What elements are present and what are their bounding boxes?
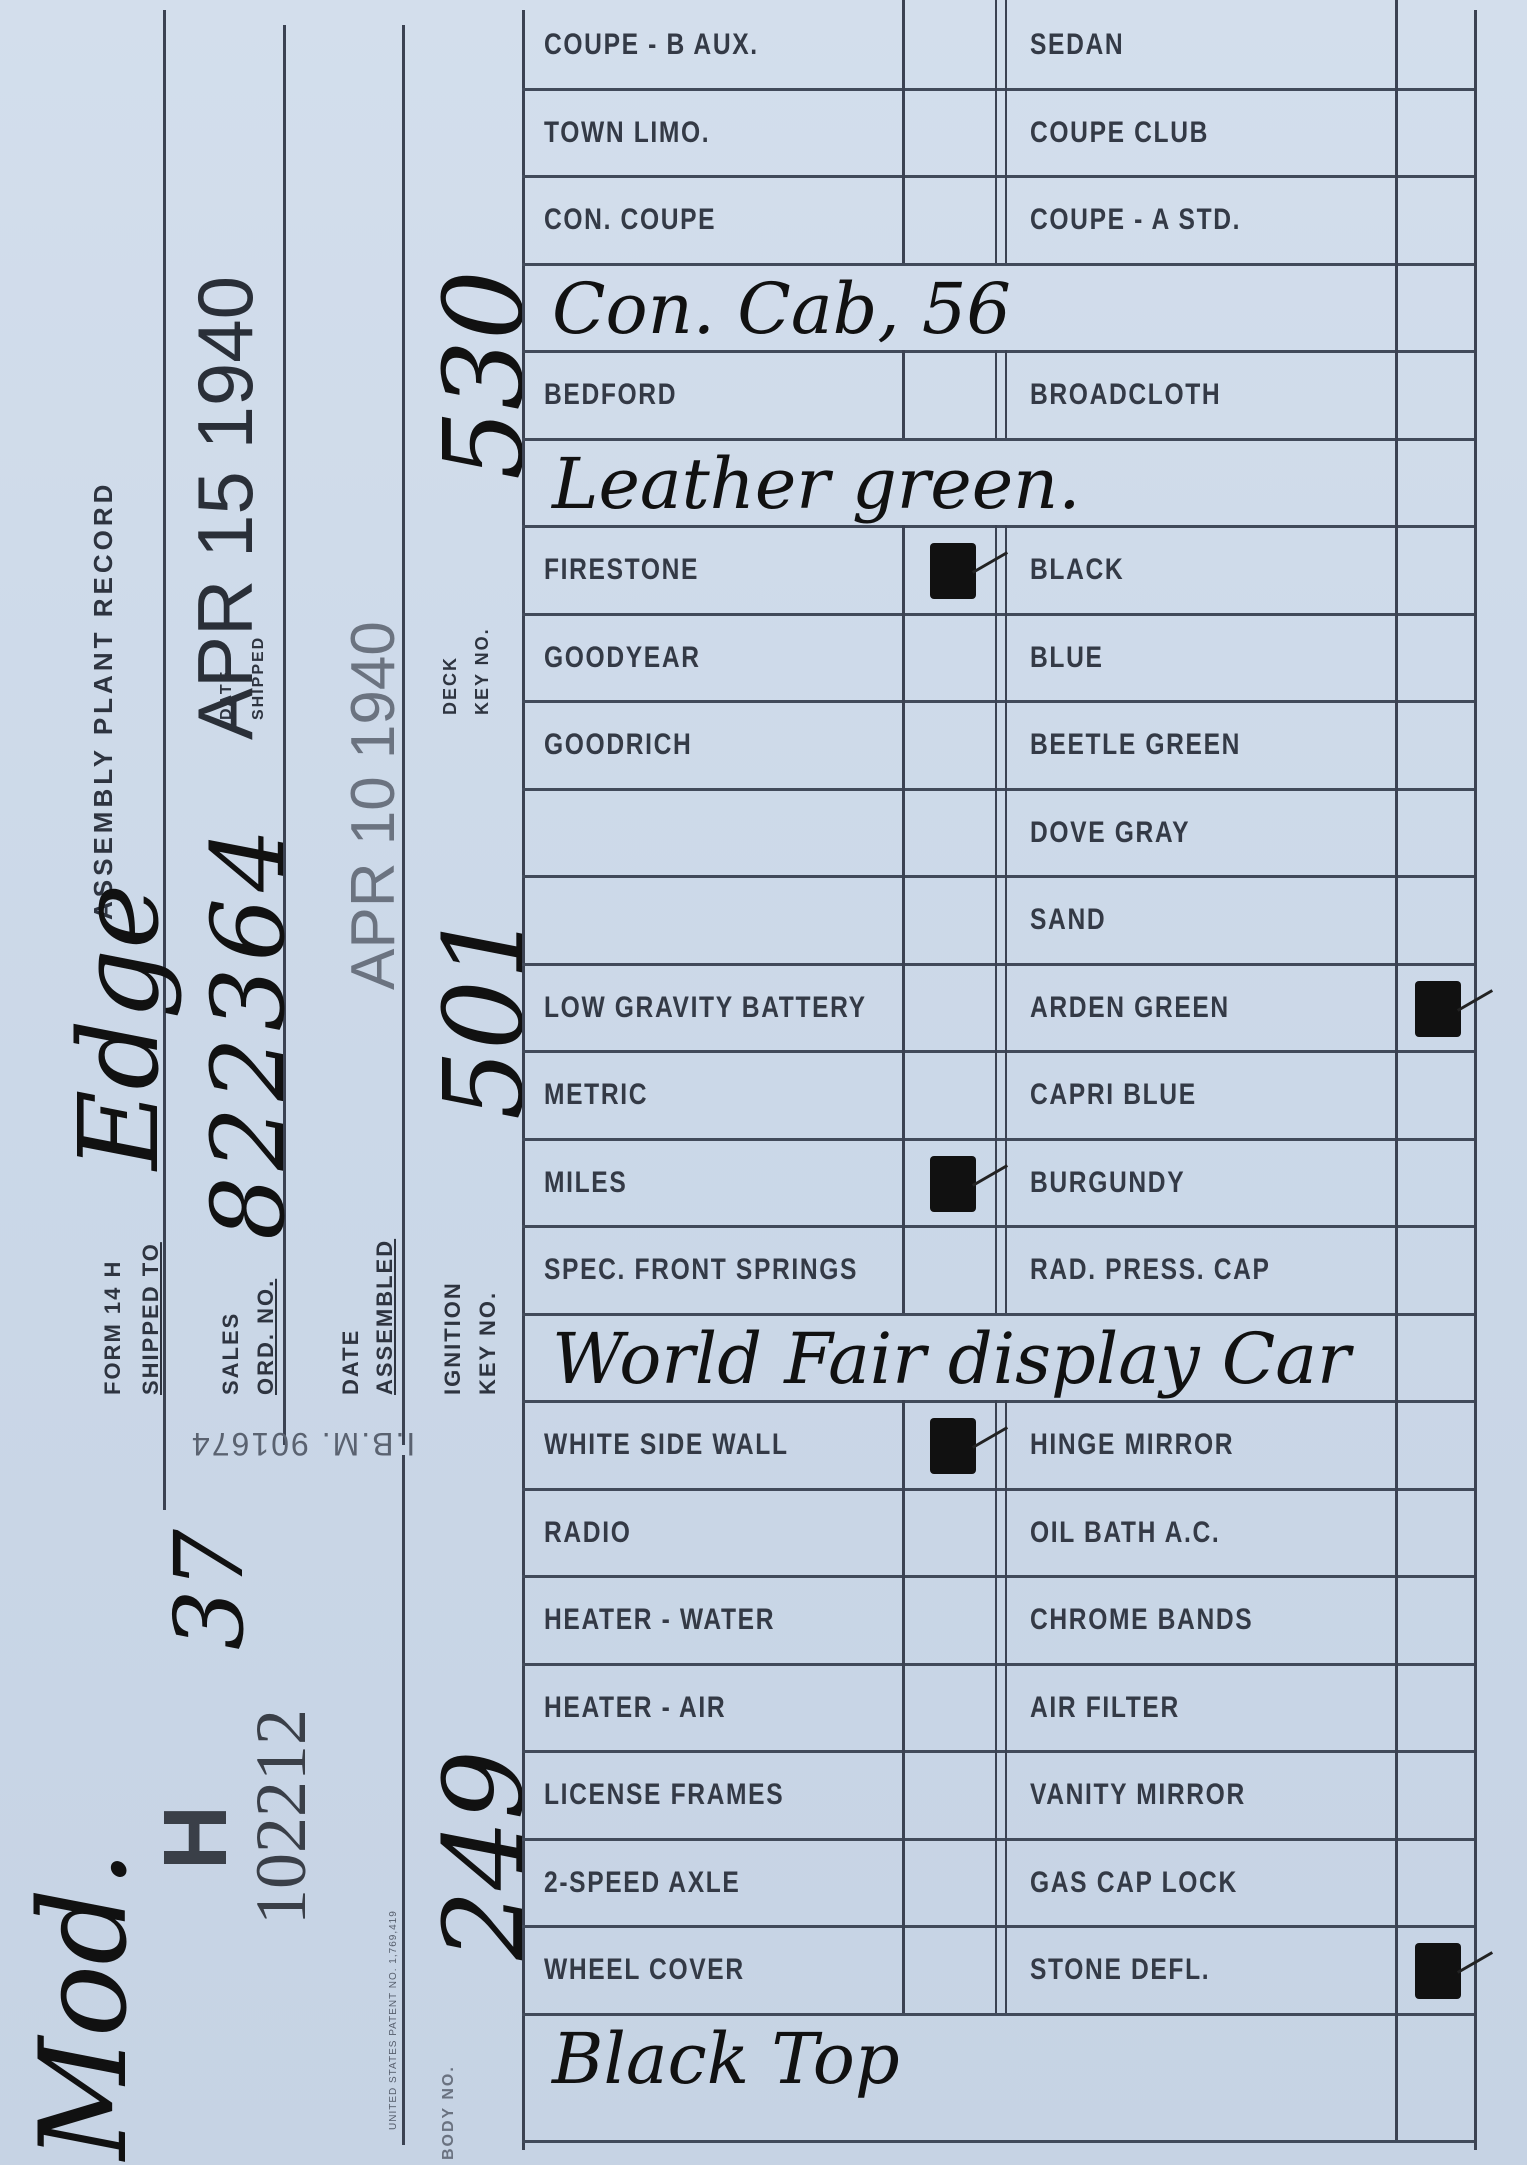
grid-col-rule [995, 700, 997, 788]
grid-col-rule [995, 1400, 997, 1488]
grid-col-rule [1005, 88, 1007, 176]
grid-option-label: GAS CAP LOCK [1030, 1866, 1238, 1900]
grid-option-label: VANITY MIRROR [1030, 1778, 1246, 1812]
grid-handwritten-entry: Black Top [552, 2018, 900, 2100]
deck-key-value: 530 [420, 270, 548, 480]
grid-col-rule [1005, 525, 1007, 613]
grid-col-rule [1395, 1313, 1398, 1401]
date-assembled-label-1: DATE [338, 1329, 364, 1395]
grid-col-rule [995, 788, 997, 876]
grid-option-label: BEETLE GREEN [1030, 728, 1241, 762]
grid-col-rule [1005, 1575, 1007, 1663]
grid-option-label: TOWN LIMO. [544, 116, 710, 150]
grid-col-rule [995, 1575, 997, 1663]
sales-ord-no-label-2: ORD. NO. [253, 1279, 279, 1395]
right-checkbox-cell[interactable] [1398, 1050, 1474, 1138]
grid-option-label: LICENSE FRAMES [544, 1778, 784, 1812]
left-checkbox-cell[interactable] [905, 1750, 995, 1838]
grid-row-rule [522, 1750, 1474, 1753]
grid-col-rule [1005, 1138, 1007, 1226]
grid-option-label: STONE DEFL. [1030, 1953, 1210, 1987]
ignition-key-label-2: KEY NO. [475, 1291, 501, 1395]
sales-ord-no-label-1: SALES [218, 1312, 244, 1395]
grid-option-label: METRIC [544, 1078, 648, 1112]
grid-col-rule [995, 1750, 997, 1838]
right-checkbox-cell[interactable] [1398, 1225, 1474, 1313]
patent-text: UNITED STATES PATENT NO. 1,769,419 [388, 1910, 399, 2130]
grid-row-rule [522, 263, 1474, 266]
grid-row-rule [522, 700, 1474, 703]
grid-option-label: BURGUNDY [1030, 1166, 1185, 1200]
grid-col-rule [1005, 175, 1007, 263]
grid-option-label: 2-SPEED AXLE [544, 1866, 740, 1900]
grid-option-label: SEDAN [1030, 28, 1124, 62]
grid-col-rule [1005, 1663, 1007, 1751]
grid-col-rule [1005, 1838, 1007, 1926]
check-mark-icon [930, 543, 976, 599]
grid-option-label: BROADCLOTH [1030, 378, 1221, 412]
left-checkbox-cell[interactable] [905, 700, 995, 788]
grid-option-label: ARDEN GREEN [1030, 991, 1230, 1025]
grid-col-rule [995, 350, 997, 438]
grid-row-rule [522, 1663, 1474, 1666]
grid-row-rule [522, 525, 1474, 528]
check-mark-icon [1415, 981, 1461, 1037]
handwritten-note: Mod. [15, 1850, 154, 2160]
right-checkbox-cell[interactable] [1398, 1400, 1474, 1488]
serial-prefix-stamp: H [145, 1805, 248, 1870]
grid-col-rule [1005, 1225, 1007, 1313]
grid-option-label: CON. COUPE [544, 203, 716, 237]
right-checkbox-cell[interactable] [1398, 0, 1474, 88]
right-checkbox-cell[interactable] [1398, 1575, 1474, 1663]
right-checkbox-cell[interactable] [1398, 1138, 1474, 1226]
grid-col-rule [1395, 263, 1398, 351]
grid-row-rule [522, 175, 1474, 178]
grid-col-rule [995, 1488, 997, 1576]
grid-left-border [522, 10, 525, 2150]
grid-option-label: HEATER - AIR [544, 1691, 726, 1725]
right-checkbox-cell[interactable] [1398, 700, 1474, 788]
grid-option-label: GOODRICH [544, 728, 692, 762]
left-checkbox-cell[interactable] [905, 875, 995, 963]
left-checkbox-cell[interactable] [905, 788, 995, 876]
grid-row-rule [522, 963, 1474, 966]
left-checkbox-cell[interactable] [905, 0, 995, 88]
serial-number-stamp: 102212 [240, 1709, 323, 1925]
left-checkbox-cell[interactable] [905, 1575, 995, 1663]
left-checkbox-cell[interactable] [905, 350, 995, 438]
grid-row-rule [522, 788, 1474, 791]
grid-right-border [1474, 10, 1477, 2150]
check-mark-icon [930, 1418, 976, 1474]
grid-option-label: SPEC. FRONT SPRINGS [544, 1253, 858, 1287]
form-number: FORM 14 H [100, 1260, 126, 1395]
grid-col-rule [1005, 0, 1007, 88]
left-checkbox-cell[interactable] [905, 88, 995, 176]
ibm-number: I.B.M. 901674 [190, 1425, 415, 1462]
shipped-to-value: Edge [55, 884, 183, 1170]
grid-col-rule [995, 1838, 997, 1926]
grid-col-rule [1005, 1488, 1007, 1576]
grid-row-rule [522, 88, 1474, 91]
grid-option-label: MILES [544, 1166, 627, 1200]
grid-col-rule [1395, 438, 1398, 526]
left-checkbox-cell[interactable] [905, 613, 995, 701]
grid-row-rule [522, 1050, 1474, 1053]
left-checkbox-cell[interactable] [905, 1050, 995, 1138]
left-checkbox-cell[interactable] [905, 1663, 995, 1751]
grid-option-label: RAD. PRESS. CAP [1030, 1253, 1271, 1287]
right-checkbox-cell[interactable] [1398, 1750, 1474, 1838]
deck-key-label-1: DECK [440, 656, 461, 715]
body-no-value: 249 [420, 1750, 548, 1960]
grid-option-label: COUPE CLUB [1030, 116, 1209, 150]
date-shipped-stamp: APR 15 1940 [180, 276, 271, 740]
grid-row-rule [522, 1925, 1474, 1928]
left-checkbox-cell[interactable] [905, 1838, 995, 1926]
right-checkbox-cell[interactable] [1398, 1488, 1474, 1576]
grid-col-rule [995, 0, 997, 88]
grid-row-rule [522, 1488, 1474, 1491]
grid-col-rule [995, 525, 997, 613]
grid-row-rule [522, 1400, 1474, 1403]
right-checkbox-cell[interactable] [1398, 1663, 1474, 1751]
right-checkbox-cell[interactable] [1398, 613, 1474, 701]
grid-col-rule [1005, 613, 1007, 701]
left-checkbox-cell[interactable] [905, 1925, 995, 2013]
right-checkbox-cell[interactable] [1398, 788, 1474, 876]
form-title: ASSEMBLY PLANT RECORD [88, 481, 119, 920]
left-checkbox-cell[interactable] [905, 175, 995, 263]
assembly-plant-record-card: ASSEMBLY PLANT RECORD FORM 14 H SHIPPED … [0, 0, 1527, 2165]
grid-option-label: BEDFORD [544, 378, 677, 412]
right-checkbox-cell[interactable] [1398, 1838, 1474, 1926]
date-assembled-label-2: ASSEMBLED [372, 1239, 398, 1395]
grid-option-label: DOVE GRAY [1030, 816, 1190, 850]
grid-option-label: BLACK [1030, 553, 1124, 587]
left-checkbox-cell[interactable] [905, 963, 995, 1051]
grid-col-rule [995, 1050, 997, 1138]
grid-col-rule [1005, 1400, 1007, 1488]
left-checkbox-cell[interactable] [905, 1225, 995, 1313]
grid-bottom-border [522, 2140, 1474, 2143]
grid-option-label: SAND [1030, 903, 1106, 937]
right-checkbox-cell[interactable] [1398, 350, 1474, 438]
grid-row-rule [522, 1575, 1474, 1578]
grid-col-rule [995, 1663, 997, 1751]
grid-row-rule [522, 1838, 1474, 1841]
grid-col-rule [1395, 2013, 1398, 2141]
grid-option-label: HINGE MIRROR [1030, 1428, 1234, 1462]
date-assembled-stamp: APR 10 1940 [338, 621, 409, 990]
grid-row-rule [522, 1313, 1474, 1316]
grid-option-label: BLUE [1030, 641, 1104, 675]
grid-handwritten-entry: Leather green. [552, 443, 1080, 525]
grid-handwritten-entry: World Fair display Car [552, 1318, 1351, 1400]
grid-col-rule [1005, 350, 1007, 438]
grid-option-label: FIRESTONE [544, 553, 699, 587]
ignition-key-label-1: IGNITION [440, 1281, 466, 1395]
grid-option-label: COUPE - B AUX. [544, 28, 759, 62]
grid-col-rule [995, 613, 997, 701]
ignition-key-value: 501 [420, 910, 548, 1120]
grid-col-rule [1005, 788, 1007, 876]
grid-col-rule [1005, 963, 1007, 1051]
deck-key-label-2: KEY NO. [472, 627, 493, 715]
grid-row-rule [522, 350, 1474, 353]
right-checkbox-cell[interactable] [1398, 875, 1474, 963]
grid-option-label: WHITE SIDE WALL [544, 1428, 789, 1462]
grid-row-rule [522, 875, 1474, 878]
grid-col-rule [995, 1925, 997, 2013]
grid-row-rule [522, 438, 1474, 441]
grid-option-label: CHROME BANDS [1030, 1603, 1253, 1637]
body-no-label: BODY NO. [440, 2065, 458, 2160]
handwritten-model-number: 37 [155, 1529, 265, 1650]
grid-col-rule [1005, 1750, 1007, 1838]
grid-option-label: WHEEL COVER [544, 1953, 745, 1987]
grid-col-rule [995, 175, 997, 263]
right-checkbox-cell[interactable] [1398, 175, 1474, 263]
grid-col-rule [995, 963, 997, 1051]
grid-option-label: CAPRI BLUE [1030, 1078, 1197, 1112]
grid-row-rule [522, 2013, 1474, 2016]
grid-col-rule [995, 875, 997, 963]
grid-col-rule [1005, 875, 1007, 963]
grid-option-label: LOW GRAVITY BATTERY [544, 991, 867, 1025]
grid-row-rule [522, 1138, 1474, 1141]
grid-option-label: AIR FILTER [1030, 1691, 1180, 1725]
right-checkbox-cell[interactable] [1398, 88, 1474, 176]
grid-option-label: RADIO [544, 1516, 631, 1550]
grid-option-label: GOODYEAR [544, 641, 701, 675]
grid-col-rule [1005, 1925, 1007, 2013]
grid-option-label: COUPE - A STD. [1030, 203, 1241, 237]
shipped-to-label: SHIPPED TO [138, 1242, 164, 1395]
left-column-rule-4 [402, 1455, 405, 2145]
grid-option-label: HEATER - WATER [544, 1603, 775, 1637]
grid-col-rule [1005, 700, 1007, 788]
grid-row-rule [522, 613, 1474, 616]
check-mark-icon [1415, 1943, 1461, 1999]
right-checkbox-cell[interactable] [1398, 525, 1474, 613]
check-mark-icon [930, 1156, 976, 1212]
grid-col-rule [995, 1138, 997, 1226]
grid-row-rule [522, 1225, 1474, 1228]
sales-ord-no-value: 822364 [190, 822, 307, 1240]
grid-col-rule [1005, 1050, 1007, 1138]
grid-handwritten-entry: Con. Cab, 56 [552, 268, 1011, 350]
grid-col-rule [995, 1225, 997, 1313]
left-checkbox-cell[interactable] [905, 1488, 995, 1576]
grid-option-label: OIL BATH A.C. [1030, 1516, 1220, 1550]
grid-col-rule [995, 88, 997, 176]
